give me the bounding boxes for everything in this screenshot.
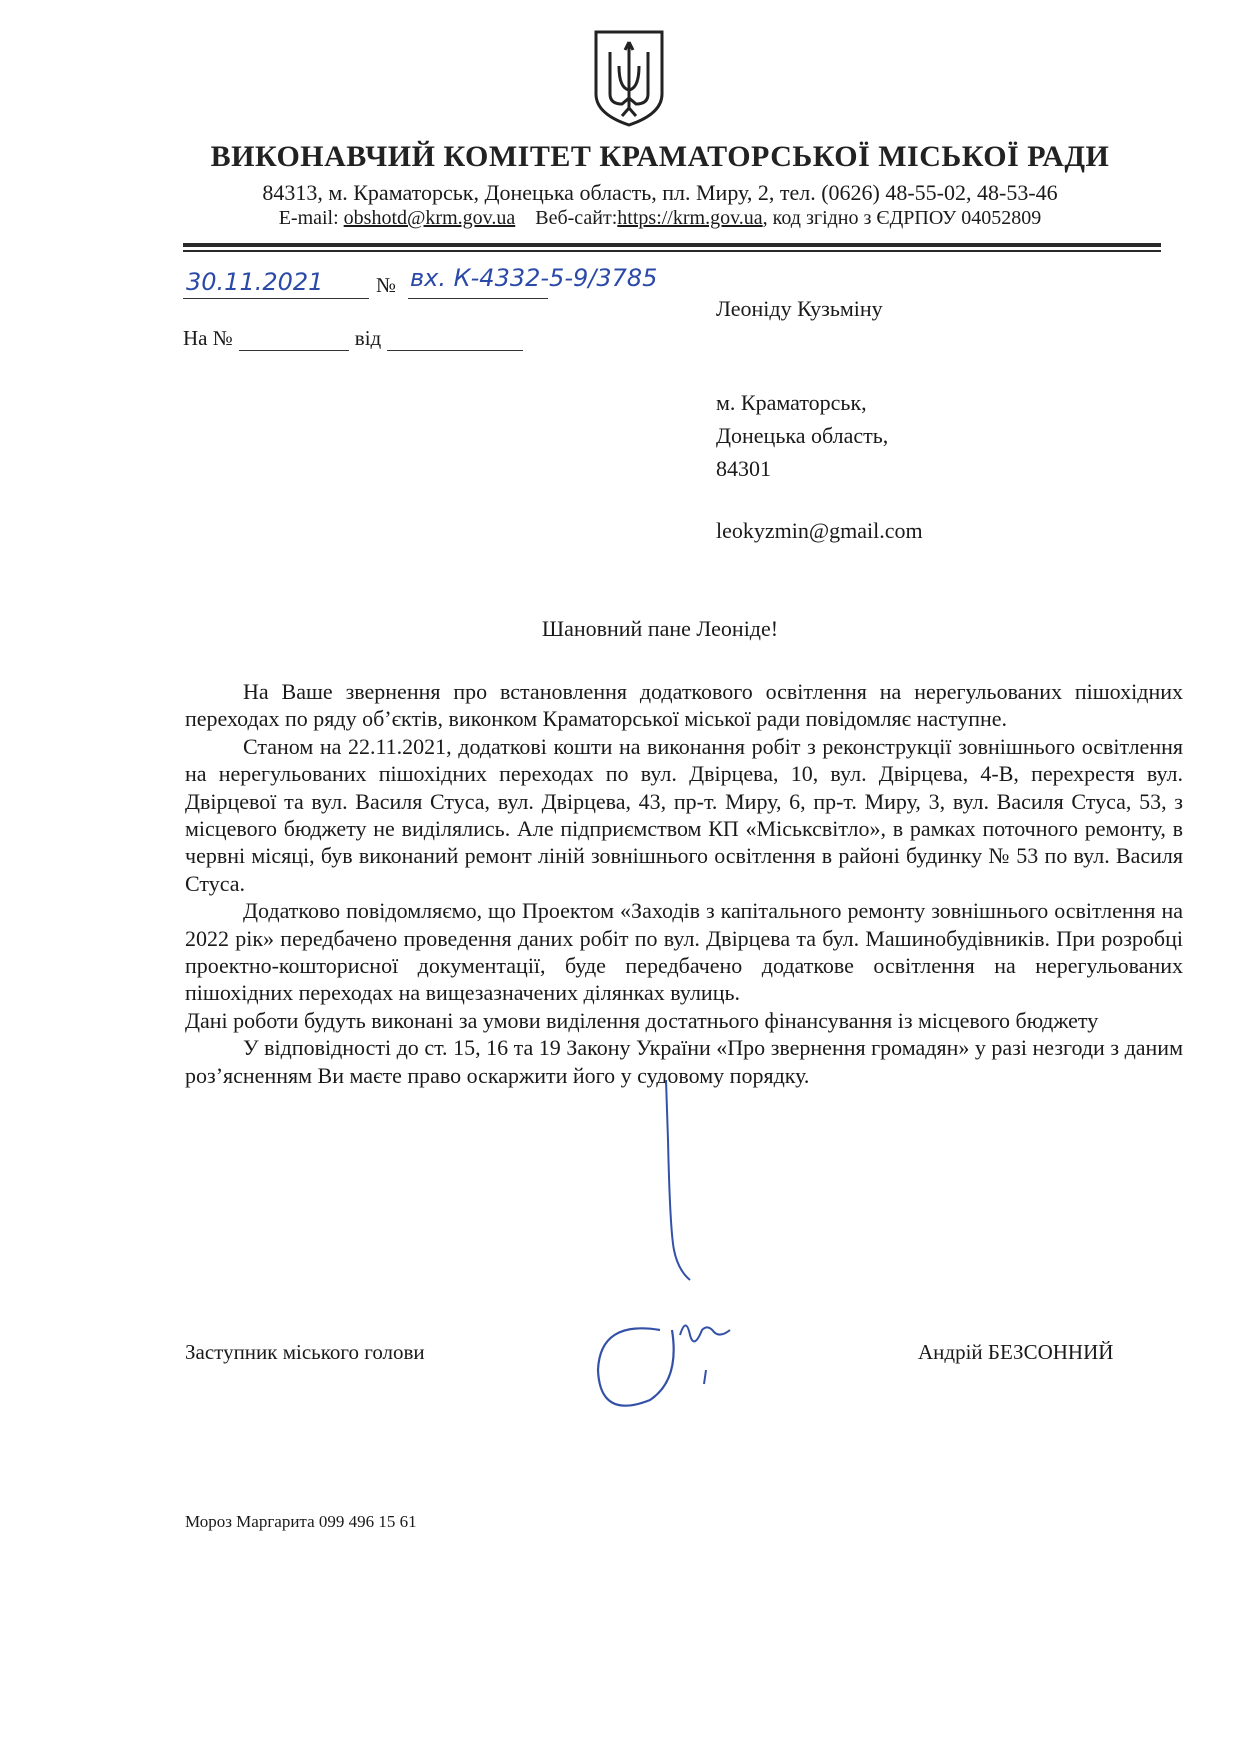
paragraph: На Ваше звернення про встановлення додат… xyxy=(185,678,1183,733)
edrpou-code: , код згідно з ЄДРПОУ 04052809 xyxy=(763,207,1042,229)
executor-contact: Мороз Маргарита 099 496 15 61 xyxy=(185,1512,417,1532)
address-line: Донецька область, xyxy=(716,419,888,452)
organization-contacts: E-mail: obshotd@krm.gov.ua Веб-сайт:http… xyxy=(160,207,1160,230)
header-divider-thick xyxy=(183,243,1161,247)
addressee-name: Леоніду Кузьміну xyxy=(716,292,883,325)
ref-prefix: На № xyxy=(183,326,233,350)
ref-number-blank xyxy=(239,350,349,351)
organization-address: 84313, м. Краматорськ, Донецька область,… xyxy=(160,180,1160,206)
signatory-position: Заступник міського голови xyxy=(185,1340,425,1365)
signatory-name: Андрій БЕЗСОННИЙ xyxy=(918,1340,1113,1365)
organization-title: ВИКОНАВЧИЙ КОМІТЕТ КРАМАТОРСЬКОЇ МІСЬКОЇ… xyxy=(160,140,1160,174)
reference-line: На №від xyxy=(183,326,523,351)
email-label: E-mail: xyxy=(279,207,344,229)
addressee-email: leokyzmin@gmail.com xyxy=(716,518,923,544)
ref-from: від xyxy=(355,326,381,350)
salutation: Шановний пане Леоніде! xyxy=(160,616,1160,642)
letter-body: На Ваше звернення про встановлення додат… xyxy=(185,678,1183,1089)
header-divider-thin xyxy=(183,250,1161,252)
paragraph: Станом на 22.11.2021, додаткові кошти на… xyxy=(185,733,1183,897)
paragraph: Додатково повідомляємо, що Проектом «Зах… xyxy=(185,897,1183,1007)
ref-date-blank xyxy=(387,350,523,351)
address-line: 84301 xyxy=(716,452,888,485)
ukraine-trident-emblem xyxy=(592,28,666,128)
outgoing-date: 30.11.2021 xyxy=(186,268,323,296)
addressee-address: м. Краматорськ, Донецька область, 84301 xyxy=(716,386,888,485)
paragraph: Дані роботи будуть виконані за умови вид… xyxy=(185,1007,1183,1034)
outgoing-number: вх. К-4332-5-9/3785 xyxy=(410,264,657,292)
website-label: Веб-сайт: xyxy=(535,207,617,229)
address-line: м. Краматорськ, xyxy=(716,386,888,419)
number-label: № xyxy=(376,273,396,298)
handwritten-signature xyxy=(590,1080,790,1420)
website-link[interactable]: https://krm.gov.ua xyxy=(617,207,762,229)
email-link[interactable]: obshotd@krm.gov.ua xyxy=(344,207,516,229)
